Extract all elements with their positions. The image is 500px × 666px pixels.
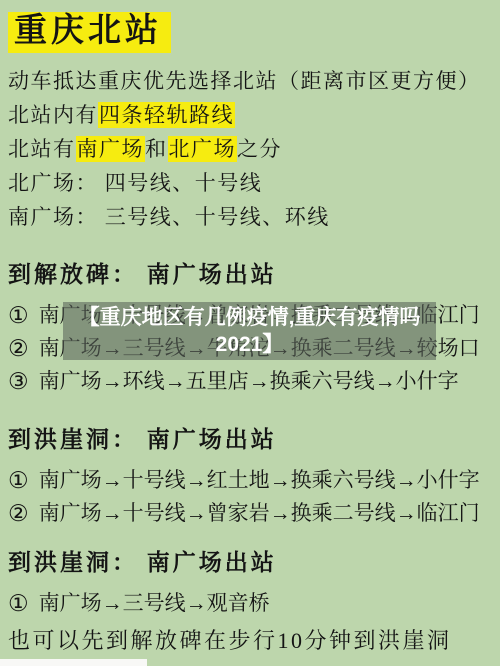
section-hongyadong-header: 到洪崖洞： 南广场出站: [8, 425, 494, 455]
watermark-overlay: 【重庆地区有几例疫情,重庆有疫情吗 2021】: [63, 302, 436, 360]
route-text: 南广场→十号线→曾家岩→换乘二号线→临江门: [39, 497, 480, 530]
route-item: ① 南广场→三号线→观音桥: [8, 587, 494, 620]
infographic-chongqing-north-station: 重庆北站 动车抵达重庆优先选择北站（距离市区更方便） 北站内有四条轻轨路线 北站…: [0, 0, 500, 666]
north-square-lines: 北广场： 四号线、十号线: [8, 166, 494, 200]
route-text: 南广场→十号线→红土地→换乘六号线→小什字: [39, 464, 480, 497]
intro-line-1: 动车抵达重庆优先选择北站（距离市区更方便）: [8, 64, 494, 98]
route-item: ② 南广场→十号线→曾家岩→换乘二号线→临江门: [8, 497, 494, 530]
intro-line-3-middle: 和: [145, 137, 168, 161]
route-number: ③: [8, 365, 29, 398]
highlight-four-rail-lines: 四条轻轨路线: [98, 102, 235, 128]
watermark-line-1: 【重庆地区有几例疫情,重庆有疫情吗: [63, 304, 436, 331]
route-number: ①: [8, 587, 29, 620]
intro-line-2-prefix: 北站内有: [8, 103, 98, 127]
bottom-edge-artifact: [0, 659, 147, 666]
intro-line-3-prefix: 北站有: [8, 137, 76, 161]
section-hongyadong2-routes: ① 南广场→三号线→观音桥: [8, 587, 494, 620]
walking-tip-note: 也可以先到解放碑在步行10分钟到洪崖洞: [8, 626, 494, 656]
highlight-south-square: 南广场: [76, 136, 146, 162]
intro-line-3: 北站有南广场和北广场之分: [8, 132, 494, 166]
route-number: ②: [8, 332, 29, 365]
route-item: ③ 南广场→环线→五里店→换乘六号线→小什字: [8, 365, 494, 398]
south-square-lines: 南广场： 三号线、十号线、环线: [8, 200, 494, 234]
section-jiefangbei-header: 到解放碑： 南广场出站: [8, 260, 494, 290]
route-number: ①: [8, 464, 29, 497]
watermark-line-2: 2021】: [63, 331, 436, 358]
route-item: ① 南广场→十号线→红土地→换乘六号线→小什字: [8, 464, 494, 497]
highlight-north-square: 北广场: [168, 136, 238, 162]
page-title: 重庆北站: [8, 12, 171, 53]
section-hongyadong2-header: 到洪崖洞： 南广场出站: [8, 548, 494, 578]
route-number: ①: [8, 299, 29, 332]
intro-line-3-suffix: 之分: [237, 137, 282, 161]
route-text: 南广场→环线→五里店→换乘六号线→小什字: [39, 365, 459, 398]
intro-line-2: 北站内有四条轻轨路线: [8, 98, 494, 132]
route-number: ②: [8, 497, 29, 530]
route-text: 南广场→三号线→观音桥: [39, 587, 270, 620]
section-hongyadong-routes: ① 南广场→十号线→红土地→换乘六号线→小什字 ② 南广场→十号线→曾家岩→换乘…: [8, 464, 494, 530]
